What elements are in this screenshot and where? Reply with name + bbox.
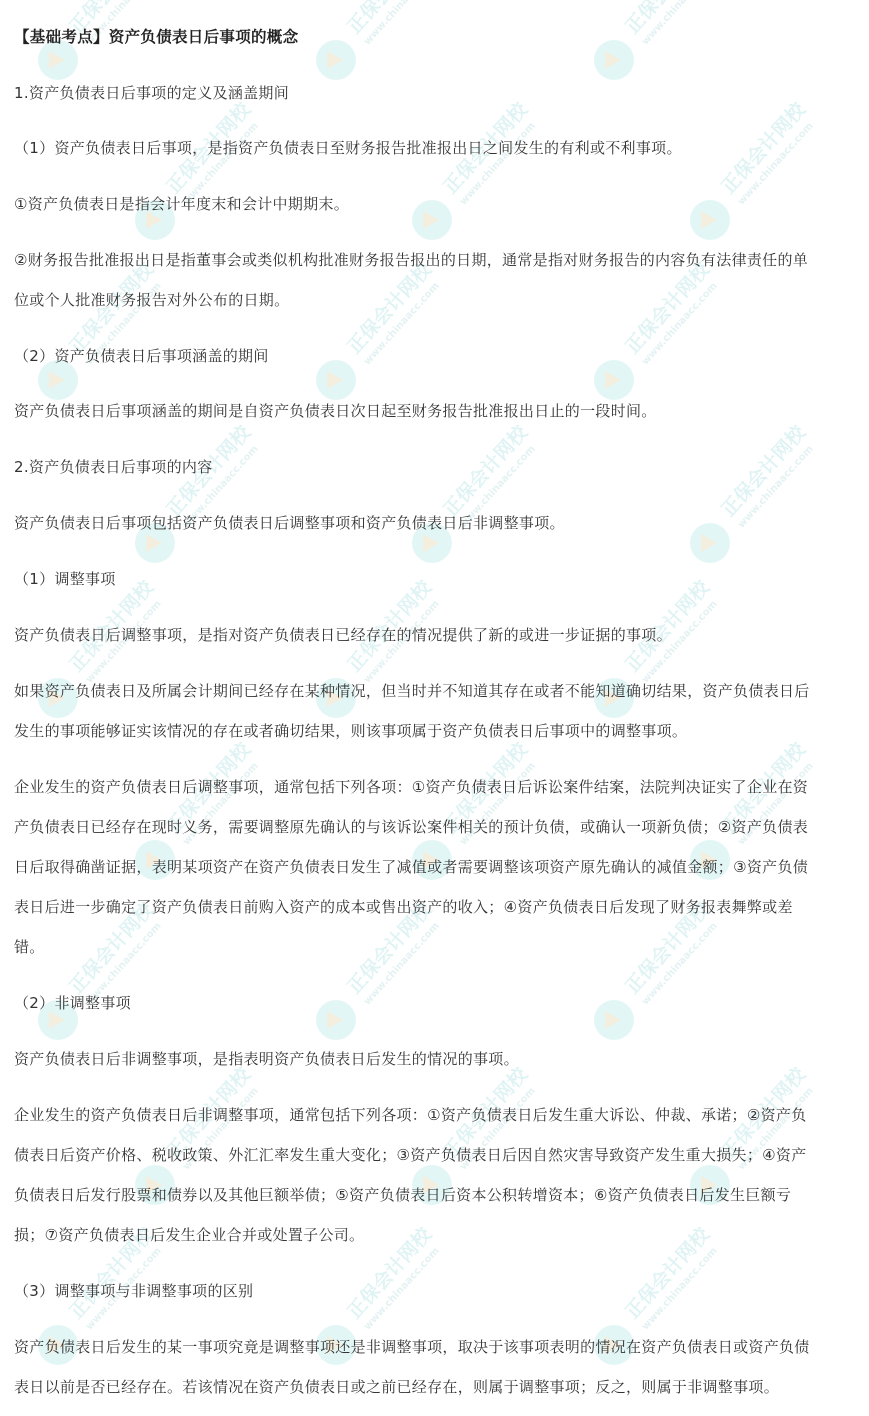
chinaacc-logo-icon — [412, 200, 452, 240]
chinaacc-logo-icon — [316, 1000, 356, 1040]
paragraph-line: 发生的事项能够证实该情况的存在或者确切结果，则该事项属于资产负债表日后事项中的调… — [14, 721, 687, 741]
paragraph-line: 资产负债表日后事项涵盖的期间是自资产负债表日次日起至财务报告批准报出日止的一段时… — [14, 401, 657, 421]
watermark: 正保会计网校www.chinaacc.com — [38, 314, 168, 444]
article-title: 【基础考点】资产负债表日后事项的概念 — [14, 27, 298, 47]
subheading: （2）资产负债表日后事项涵盖的期间 — [14, 346, 269, 366]
paragraph-line: 位或个人批准财务报告对外公布的日期。 — [14, 290, 289, 310]
paragraph-line: 资产负债表日后非调整事项，是指表明资产负债表日后发生的情况的事项。 — [14, 1049, 519, 1069]
paragraph-line: 错。 — [14, 937, 45, 957]
watermark: 正保会计网校www.chinaacc.com — [316, 314, 446, 444]
subheading: （3）调整事项与非调整事项的区别 — [14, 1281, 253, 1301]
watermark: 正保会计网校www.chinaacc.com — [412, 477, 542, 607]
subheading: （1）资产负债表日后事项，是指资产负债表日至财务报告批准报出日之间发生的有利或不… — [14, 138, 682, 158]
subheading: （1）调整事项 — [14, 569, 116, 589]
paragraph-line: 资产负债表日后事项包括资产负债表日后调整事项和资产负债表日后非调整事项。 — [14, 513, 565, 533]
watermark: 正保会计网校www.chinaacc.com — [594, 0, 724, 124]
chinaacc-logo-icon — [690, 200, 730, 240]
watermark: 正保会计网校www.chinaacc.com — [38, 0, 168, 124]
paragraph-line: ①资产负债表日是指会计年度末和会计中期期末。 — [14, 194, 349, 214]
section-heading: 1.资产负债表日后事项的定义及涵盖期间 — [14, 83, 289, 103]
paragraph-line: 表日后进一步确定了资产负债表日前购入资产的成本或售出资产的收入；④资产负债表日后… — [14, 897, 793, 917]
paragraph-line: 日后取得确凿证据，表明某项资产在资产负债表日发生了减值或者需要调整该项资产原先确… — [14, 857, 808, 877]
chinaacc-logo-icon — [38, 360, 78, 400]
chinaacc-logo-icon — [594, 1000, 634, 1040]
watermark: 正保会计网校www.chinaacc.com — [135, 477, 265, 607]
chinaacc-logo-icon — [594, 360, 634, 400]
watermark: 正保会计网校www.chinaacc.com — [412, 1119, 542, 1249]
paragraph-line: 表日以前是否已经存在。若该情况在资产负债表日或之前已经存在，则属于调整事项；反之… — [14, 1377, 779, 1397]
paragraph-line: 资产负债表日后发生的某一事项究竟是调整事项还是非调整事项，取决于该事项表明的情况… — [14, 1337, 810, 1357]
watermark: 正保会计网校www.chinaacc.com — [594, 954, 724, 1084]
paragraph-line: 债表日后资产价格、税收政策、外汇汇率发生重大变化；③资产负债表日后因自然灾害导致… — [14, 1145, 807, 1165]
paragraph-line: 损；⑦资产负债表日后发生企业合并或处置子公司。 — [14, 1225, 364, 1245]
chinaacc-logo-icon — [316, 40, 356, 80]
paragraph-line: 负债表日后发行股票和债券以及其他巨额举债；⑤资产负债表日后资本公积转增资本；⑥资… — [14, 1185, 791, 1205]
chinaacc-logo-icon — [316, 360, 356, 400]
paragraph-line: 企业发生的资产负债表日后调整事项，通常包括下列各项：①资产负债表日后诉讼案件结案… — [14, 777, 808, 797]
watermark: 正保会计网校www.chinaacc.com — [690, 1119, 820, 1249]
watermark: 正保会计网校www.chinaacc.com — [690, 477, 820, 607]
paragraph-line: 企业发生的资产负债表日后非调整事项，通常包括下列各项：①资产负债表日后发生重大诉… — [14, 1105, 807, 1125]
section-heading: 2.资产负债表日后事项的内容 — [14, 457, 213, 477]
paragraph-line: 如果资产负债表日及所属会计期间已经存在某种情况，但当时并不知道其存在或者不能知道… — [14, 681, 810, 701]
subheading: （2）非调整事项 — [14, 993, 131, 1013]
paragraph-line: 产负债表日已经存在现时义务，需要调整原先确认的与该诉讼案件相关的预计负债，或确认… — [14, 817, 808, 837]
watermark: 正保会计网校www.chinaacc.com — [594, 314, 724, 444]
chinaacc-logo-icon — [594, 40, 634, 80]
paragraph-line: 资产负债表日后调整事项，是指对资产负债表日已经存在的情况提供了新的或进一步证据的… — [14, 625, 672, 645]
chinaacc-logo-icon — [690, 523, 730, 563]
paragraph-line: ②财务报告批准报出日是指董事会或类似机构批准财务报告报出的日期，通常是指对财务报… — [14, 250, 808, 270]
watermark: 正保会计网校www.chinaacc.com — [316, 0, 446, 124]
